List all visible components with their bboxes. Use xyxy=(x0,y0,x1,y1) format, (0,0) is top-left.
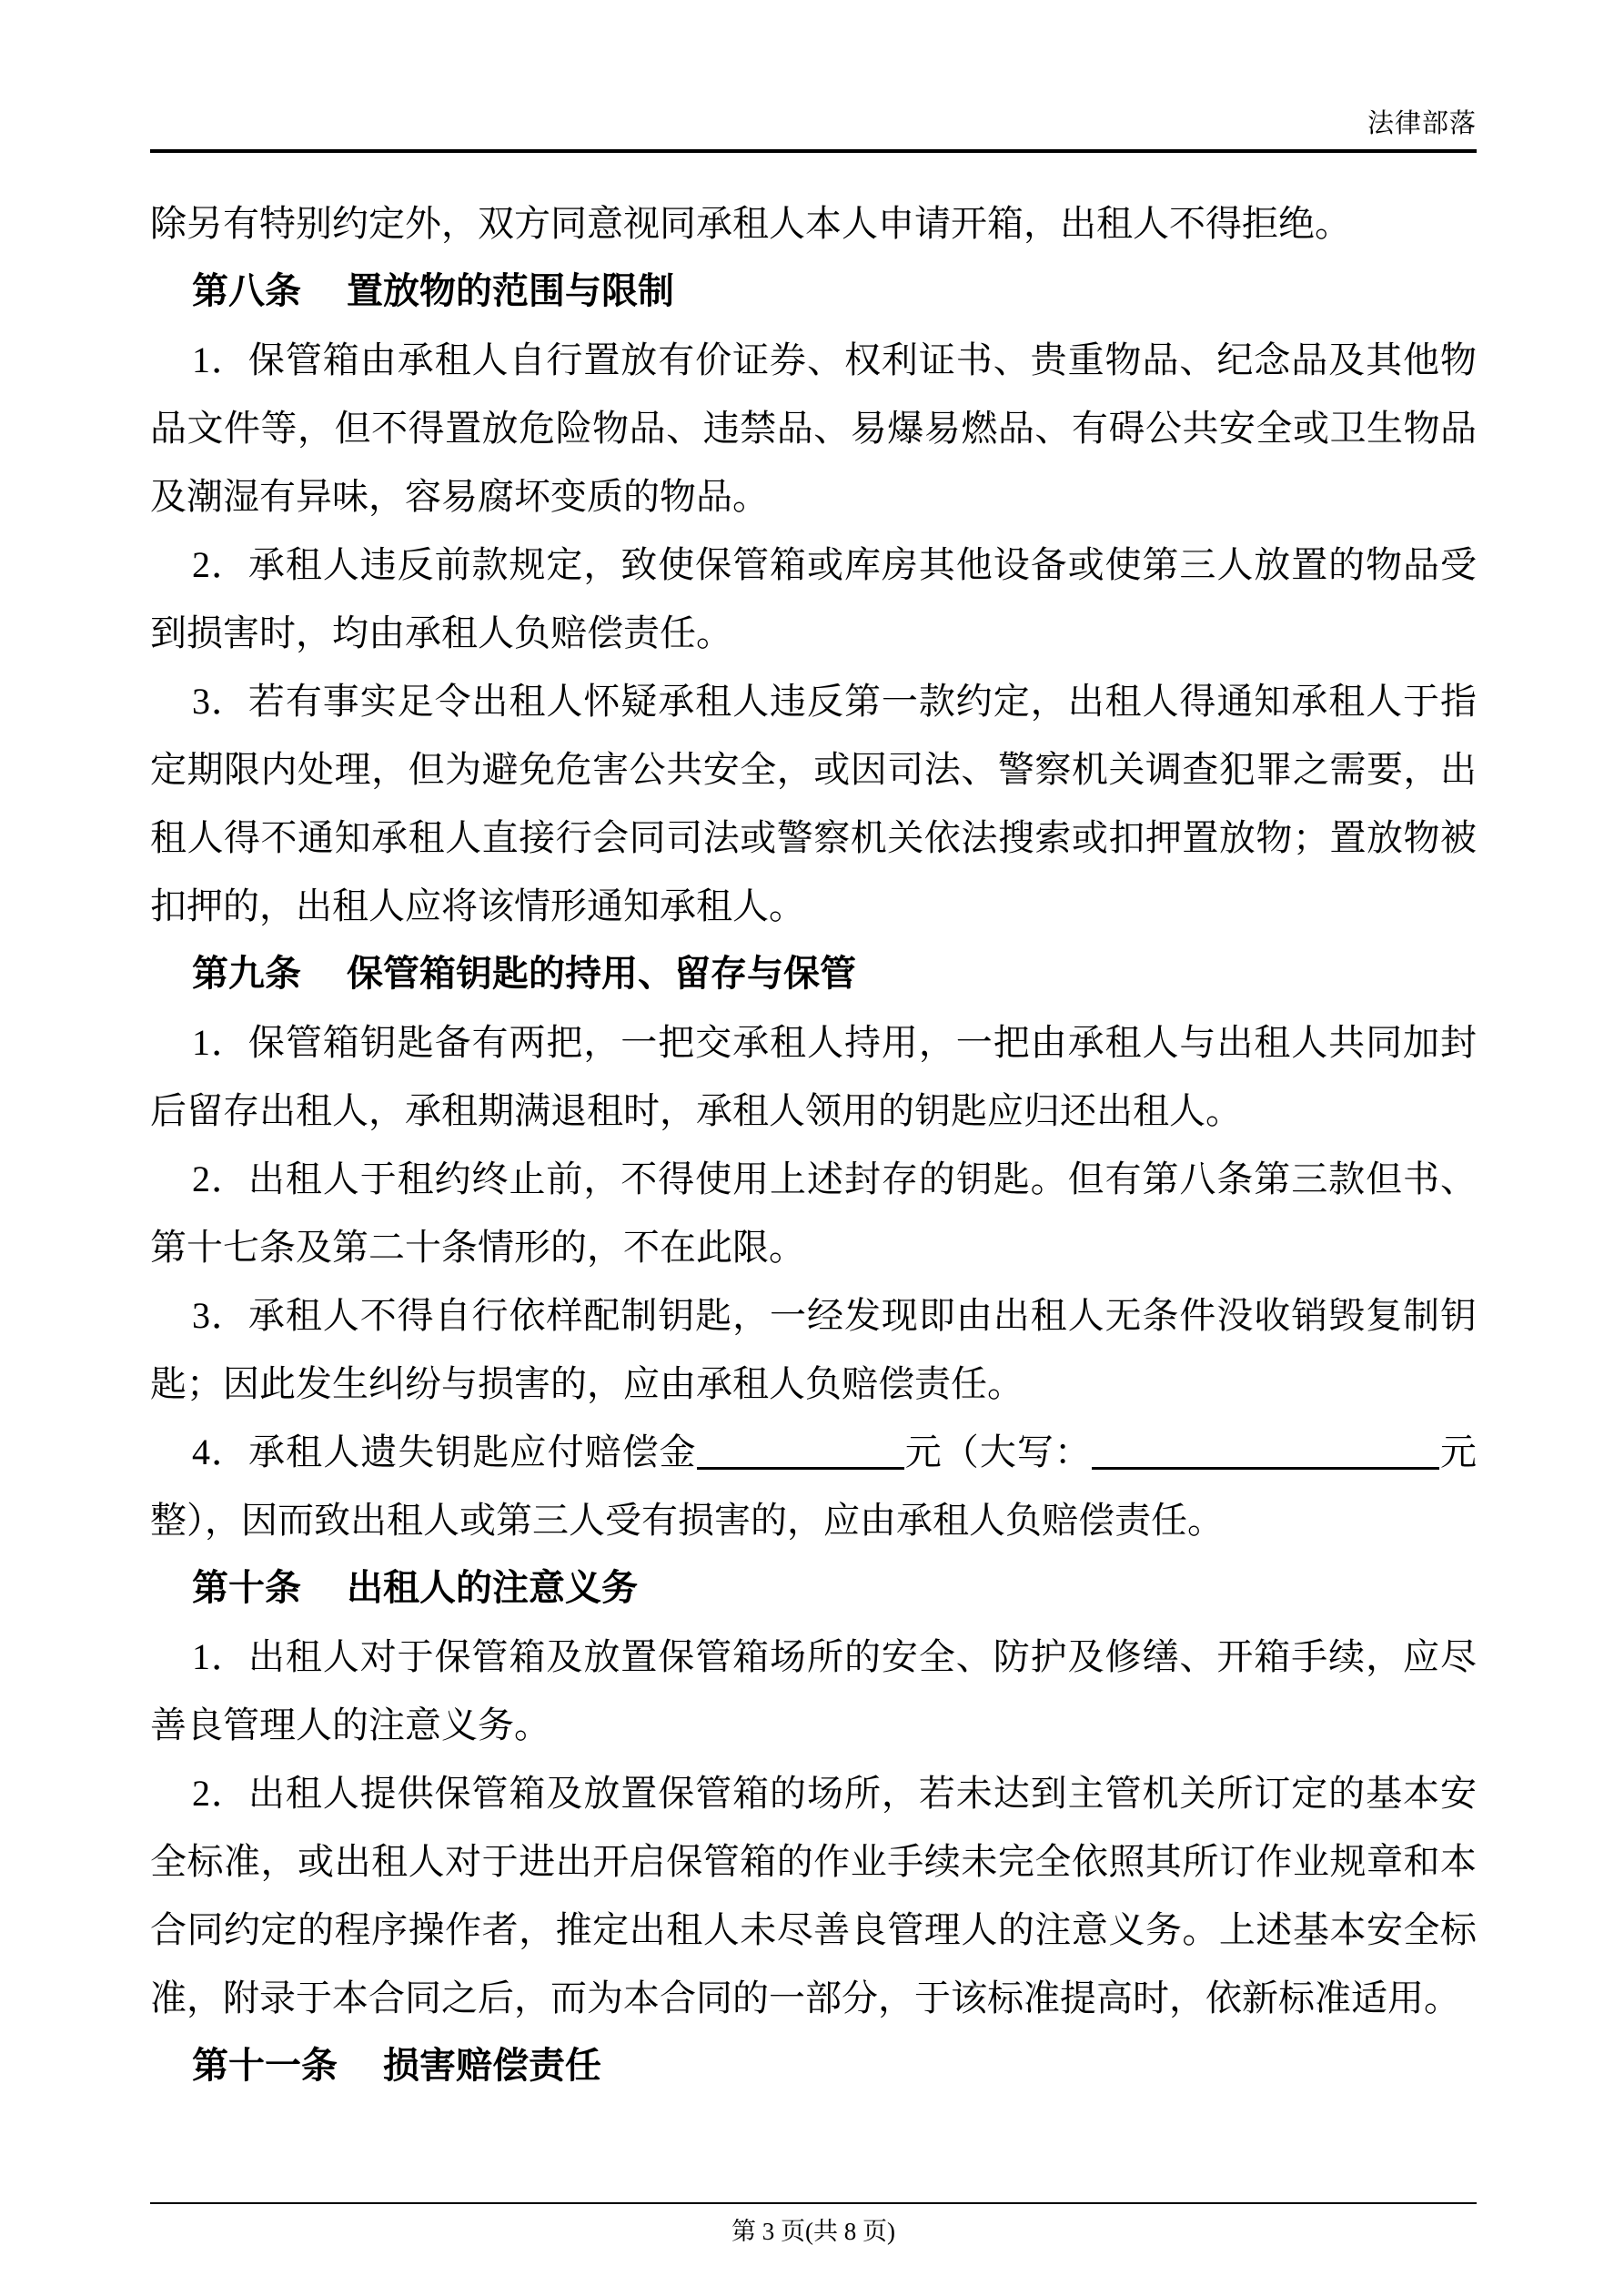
contract-body: 除另有特别约定外，双方同意视同承租人本人申请开箱，出租人不得拒绝。第八条置放物的… xyxy=(0,189,1624,2100)
contract-paragraph: 3．承租人不得自行依样配制钥匙，一经发现即由出租人无条件没收销毁复制钥匙；因此发… xyxy=(150,1281,1477,1418)
section-number: 第十一条 xyxy=(192,2046,338,2086)
blank-fill-line xyxy=(1092,1460,1439,1470)
section-heading: 第十条出租人的注意义务 xyxy=(150,1554,1477,1623)
header-brand: 法律部落 xyxy=(150,109,1477,138)
contract-paragraph: 1．保管箱由承租人自行置放有价证券、权利证书、贵重物品、纪念品及其他物品文件等，… xyxy=(150,326,1477,531)
section-heading: 第十一条损害赔偿责任 xyxy=(150,2032,1477,2100)
header-rule xyxy=(150,149,1477,153)
contract-paragraph: 2．出租人提供保管箱及放置保管箱的场所，若未达到主管机关所订定的基本安全标准，或… xyxy=(150,1759,1477,2032)
page-footer: 第 3 页(共 8 页) xyxy=(0,2202,1624,2246)
contract-paragraph: 2．出租人于租约终止前，不得使用上述封存的钥匙。但有第八条第三款但书、第十七条及… xyxy=(150,1145,1477,1281)
section-heading: 第九条保管箱钥匙的持用、留存与保管 xyxy=(150,940,1477,1008)
paragraph-text: 元（大写： xyxy=(904,1431,1092,1472)
footer-rule xyxy=(150,2202,1477,2204)
section-number: 第十条 xyxy=(192,1568,301,1608)
document-page: 法律部落 除另有特别约定外，双方同意视同承租人本人申请开箱，出租人不得拒绝。第八… xyxy=(0,0,1624,2296)
section-title: 保管箱钥匙的持用、留存与保管 xyxy=(347,954,856,994)
section-title: 出租人的注意义务 xyxy=(347,1568,638,1608)
contract-paragraph: 1．出租人对于保管箱及放置保管箱场所的安全、防护及修缮、开箱手续，应尽善良管理人… xyxy=(150,1623,1477,1759)
page-header: 法律部落 xyxy=(0,0,1624,153)
section-number: 第八条 xyxy=(192,271,301,311)
contract-paragraph: 1．保管箱钥匙备有两把，一把交承租人持用，一把由承租人与出租人共同加封后留存出租… xyxy=(150,1008,1477,1145)
section-title: 损害赔偿责任 xyxy=(383,2046,601,2086)
continuation-paragraph: 除另有特别约定外，双方同意视同承租人本人申请开箱，出租人不得拒绝。 xyxy=(150,189,1477,258)
section-title: 置放物的范围与限制 xyxy=(347,271,674,311)
section-heading: 第八条置放物的范围与限制 xyxy=(150,258,1477,326)
blank-fill-line xyxy=(697,1460,904,1470)
contract-paragraph: 2．承租人违反前款规定，致使保管箱或库房其他设备或使第三人放置的物品受到损害时，… xyxy=(150,531,1477,667)
paragraph-text: 4．承租人遗失钥匙应付赔偿金 xyxy=(192,1431,697,1472)
page-number: 第 3 页(共 8 页) xyxy=(150,2217,1477,2246)
contract-paragraph: 3．若有事实足令出租人怀疑承租人违反第一款约定，出租人得通知承租人于指定期限内处… xyxy=(150,667,1477,940)
contract-paragraph: 4．承租人遗失钥匙应付赔偿金元（大写：元整），因而致出租人或第三人受有损害的，应… xyxy=(150,1418,1477,1554)
section-number: 第九条 xyxy=(192,954,301,994)
